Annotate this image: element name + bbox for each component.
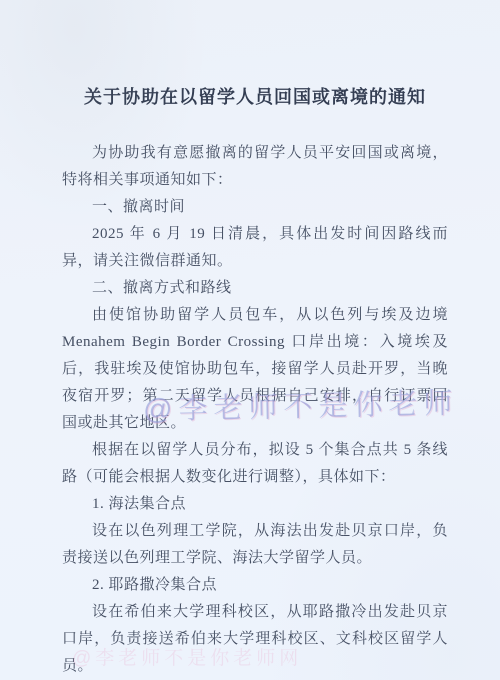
paragraph: 二、撤离方式和路线	[62, 275, 448, 302]
paragraph: 1. 海法集合点	[62, 491, 448, 518]
paragraph: 2. 耶路撒冷集合点	[62, 572, 448, 599]
paragraph: 设在以色列理工学院，从海法出发赴贝京口岸，负责接送以色列理工学院、海法大学留学人…	[62, 518, 448, 572]
document-title: 关于协助在以留学人员回国或离境的通知	[62, 84, 448, 110]
paragraph: 2025 年 6 月 19 日清晨，具体出发时间因路线而异，请关注微信群通知。	[62, 221, 448, 275]
paragraph: 一、撤离时间	[62, 194, 448, 221]
paragraph: 根据在以留学人员分布，拟设 5 个集合点共 5 条线路（可能会根据人数变化进行调…	[62, 437, 448, 491]
document-body: 为协助我有意愿撤离的留学人员平安回国或离境，特将相关事项通知如下：一、撤离时间2…	[62, 140, 448, 680]
paragraph: 为协助我有意愿撤离的留学人员平安回国或离境，特将相关事项通知如下：	[62, 140, 448, 194]
paragraph: 设在希伯来大学理科校区，从耶路撒冷出发赴贝京口岸，负责接送希伯来大学理科校区、文…	[62, 599, 448, 680]
document-page: 关于协助在以留学人员回国或离境的通知 为协助我有意愿撤离的留学人员平安回国或离境…	[0, 0, 500, 680]
paragraph: 由使馆协助留学人员包车，从以色列与埃及边境 Menahem Begin Bord…	[62, 302, 448, 437]
